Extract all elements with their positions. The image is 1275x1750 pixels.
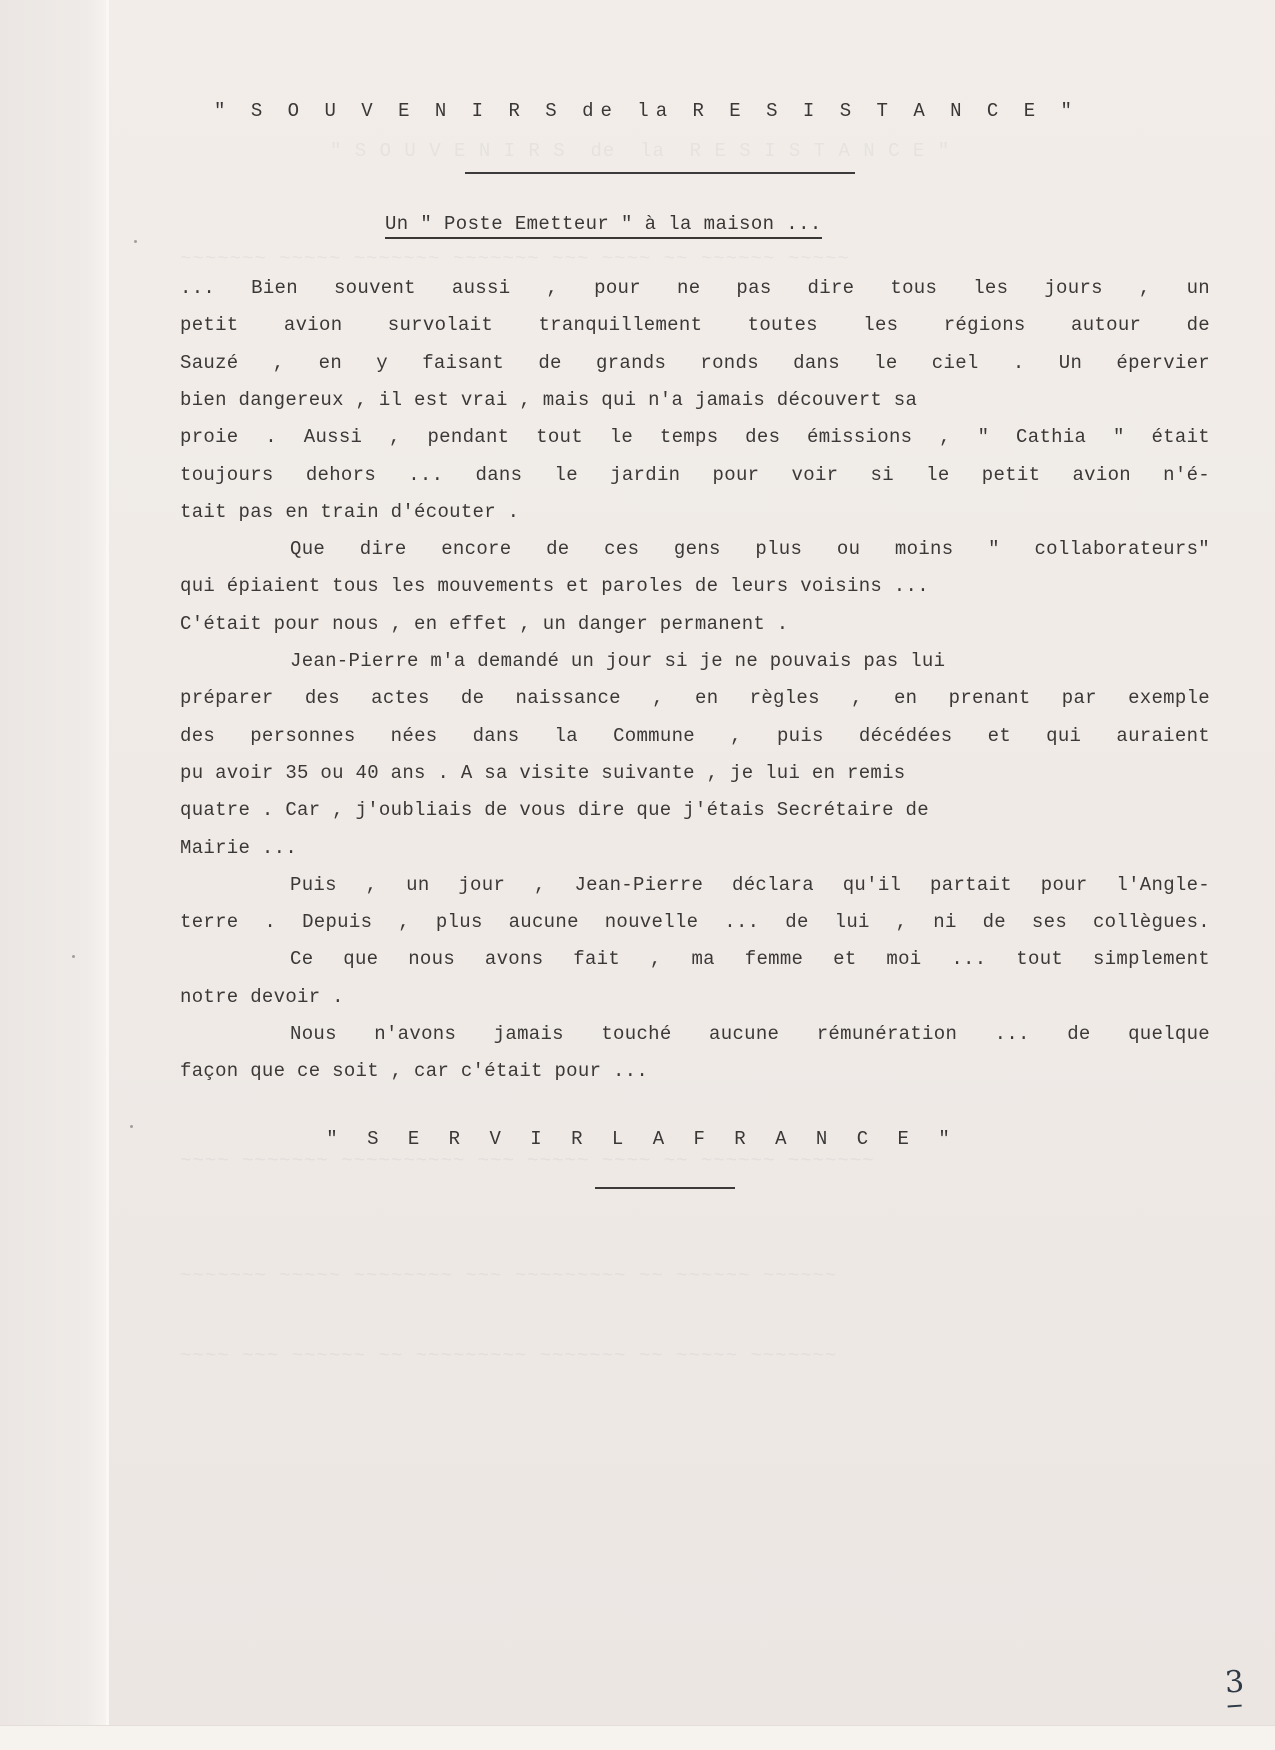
body-line: proie . Aussi , pendant tout le temps de…	[180, 425, 1210, 449]
body-line: façon que ce soit , car c'était pour ...	[180, 1059, 1210, 1083]
body-line: terre . Depuis , plus aucune nouvelle ..…	[180, 910, 1210, 934]
scanner-bottom-margin	[0, 1725, 1275, 1750]
paper-speck	[72, 955, 75, 958]
body-line: toujours dehors ... dans le jardin pour …	[180, 463, 1210, 487]
body-line: bien dangereux , il est vrai , mais qui …	[180, 388, 1210, 412]
body-line: qui épiaient tous les mouvements et paro…	[180, 574, 1210, 598]
section-heading: Un " Poste Emetteur " à la maison ...	[385, 213, 822, 239]
body-line: Ce que nous avons fait , ma femme et moi…	[290, 947, 1210, 971]
body-line: Que dire encore de ces gens plus ou moin…	[290, 537, 1210, 561]
typewritten-page	[109, 0, 1275, 1725]
title-underline	[465, 172, 855, 174]
body-line: Puis , un jour , Jean-Pierre déclara qu'…	[290, 873, 1210, 897]
body-line: petit avion survolait tranquillement tou…	[180, 313, 1210, 337]
paper-speck	[130, 1125, 133, 1128]
body-line: notre devoir .	[180, 985, 1210, 1009]
body-line: Sauzé , en y faisant de grands ronds dan…	[180, 351, 1210, 375]
body-line: Mairie ...	[180, 836, 1210, 860]
body-line: tait pas en train d'écouter .	[180, 500, 1210, 524]
closing-motto: " S E R V I R L A F R A N C E "	[0, 1128, 1275, 1150]
document-title: " S O U V E N I R S de la R E S I S T A …	[0, 100, 1275, 122]
closing-underline	[595, 1187, 735, 1189]
body-line: Nous n'avons jamais touché aucune rémuné…	[290, 1022, 1210, 1046]
body-line: quatre . Car , j'oubliais de vous dire q…	[180, 798, 1210, 822]
scanner-background	[0, 0, 108, 1750]
body-line: ... Bien souvent aussi , pour ne pas dir…	[180, 276, 1210, 300]
body-line: des personnes nées dans la Commune , pui…	[180, 724, 1210, 748]
paper-speck	[134, 240, 137, 243]
body-line: préparer des actes de naissance , en règ…	[180, 686, 1210, 710]
body-line: Jean-Pierre m'a demandé un jour si je ne…	[290, 649, 1210, 673]
body-line: C'était pour nous , en effet , un danger…	[180, 612, 1210, 636]
body-line: pu avoir 35 ou 40 ans . A sa visite suiv…	[180, 761, 1210, 785]
page-number: 3	[1224, 1664, 1245, 1700]
